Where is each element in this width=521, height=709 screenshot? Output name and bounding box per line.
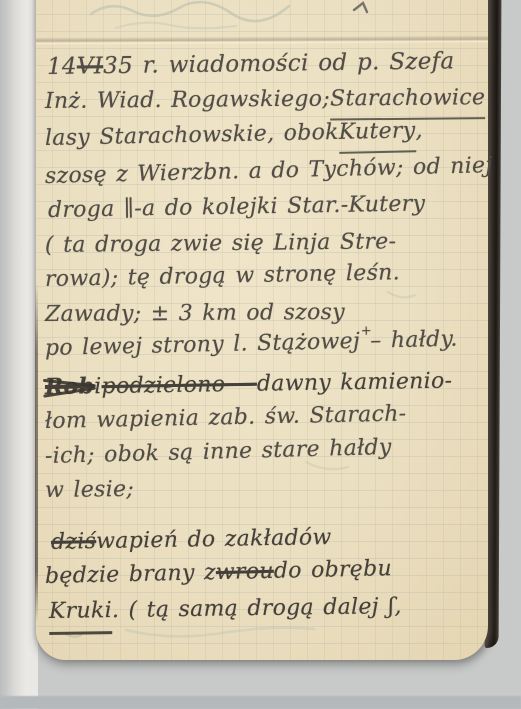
handwriting-line: droga ∥-a do kolejki Star.-Kutery [48,186,485,228]
handwriting-segment: Rob [45,369,95,404]
handwriting-segment: droga ∥-a do kolejki Star.-Kutery [48,187,426,228]
handwriting-segment: wrou [216,555,275,591]
handwriting-segment: , [415,114,423,149]
scanner-background-left [0,0,38,709]
handwriting-segment: będzie brany z [45,556,217,594]
handwriting-segment: . ( tą samą drogą dalej ʃ, [112,590,402,629]
handwriting-segment: po lewej strony l. Stążowej [45,325,361,367]
notebook-page: 14 VI 35 r. wiadomości od p. SzefaInż. W… [36,0,488,660]
handwriting-line: rowa); tę drogą w stronę leśn. [45,255,482,298]
handwriting-line: w lesie; [45,469,481,509]
notebook-scan: 14 VI 35 r. wiadomości od p. SzefaInż. W… [0,0,521,709]
handwriting-segment: Inż. Wiad. Rogawskiego; [45,82,330,119]
handwriting-segment: podzielono — [101,367,257,404]
handwriting-segment: w lesie; [45,473,134,509]
handwriting-line: 14 VI 35 r. wiadomości od p. Szefa [47,44,483,85]
handwriting-segment: 35 r. wiadomości od p. Szefa [103,44,455,83]
handwriting-block: 14 VI 35 r. wiadomości od p. SzefaInż. W… [45,50,481,634]
handwriting-segment: dziś [51,525,97,560]
handwriting-segment: + [360,315,372,350]
scanner-background-bottom [0,696,521,709]
handwriting-segment: do obrębu [273,552,392,589]
handwriting-segment: – hałdy. [370,323,458,359]
handwriting-segment: dawny kamienio- [257,364,453,402]
handwriting-line: Kruki. ( tą samą drogą dalej ʃ, [49,588,486,634]
handwriting-segment: VI [77,49,104,84]
handwriting-segment: Kruki [49,594,113,634]
handwriting-segment: 14 [47,50,77,85]
handwriting-segment: Kutery [338,114,416,153]
handwriting-segment: rowa); tę drogą w stronę leśn. [45,256,401,297]
handwriting-segment: lasy Starachowskie, obok [45,116,340,157]
